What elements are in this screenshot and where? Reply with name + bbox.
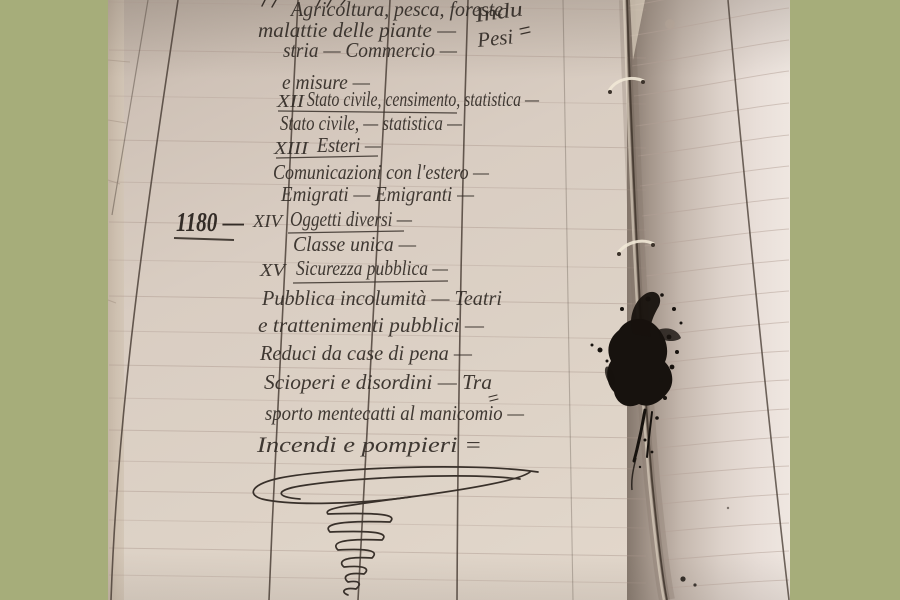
entry-line: Sicurezza pubblica — [296,256,448,280]
underline [293,281,448,283]
ink-blot [591,292,683,490]
roman-numeral: XIV [252,211,284,231]
entry-line: sporto mentecatti al manicomio — [265,401,524,425]
continuation-mark [520,27,530,34]
roman-numeral: XV [259,260,287,280]
entry-line: Stato civile, censimento, statistica — [307,87,539,111]
roman-numeral: XIII [273,138,309,158]
stain-dot [665,19,675,29]
entry-line: stria — Commercio — [283,38,457,62]
ledger-overlay: Agricoltura, pesca, foreste Indu Pesi ma… [0,0,900,600]
ink-speck [680,576,685,581]
ledger-photo: Agricoltura, pesca, foreste Indu Pesi ma… [0,0,900,600]
mat-right [790,0,900,600]
right-page-rule [728,0,789,600]
entry-line: e trattenimenti pubblici — [258,313,484,337]
margin-rule [111,0,178,600]
entry-line: Esteri — [316,133,381,157]
margin-number: 1180 — [176,207,244,237]
entry-line: Comunicazioni con l'estero — [273,160,489,184]
entry-line: Reduci da case di pena — [259,341,472,365]
column-note: Indu [472,0,524,27]
closing-flourish [253,467,538,595]
column-note: Pesi [475,24,514,52]
entry-line: Classe unica — [293,232,416,256]
entry-line: Incendi e pompieri = [256,432,482,457]
mat-left [0,0,108,600]
roman-numeral: XII [276,91,305,111]
entry-line: Stato civile, — statistica — [280,111,462,135]
ink-speck [693,583,696,586]
entry-line: Pubblica incolumità — Teatri [261,286,502,310]
entry-line: Scioperi e disordini — Tra [264,370,492,394]
underline [174,238,234,240]
ink-speck [727,507,729,509]
entry-line: Emigrati — Emigranti — [280,182,474,206]
entry-line: Oggetti diversi — [290,207,412,231]
